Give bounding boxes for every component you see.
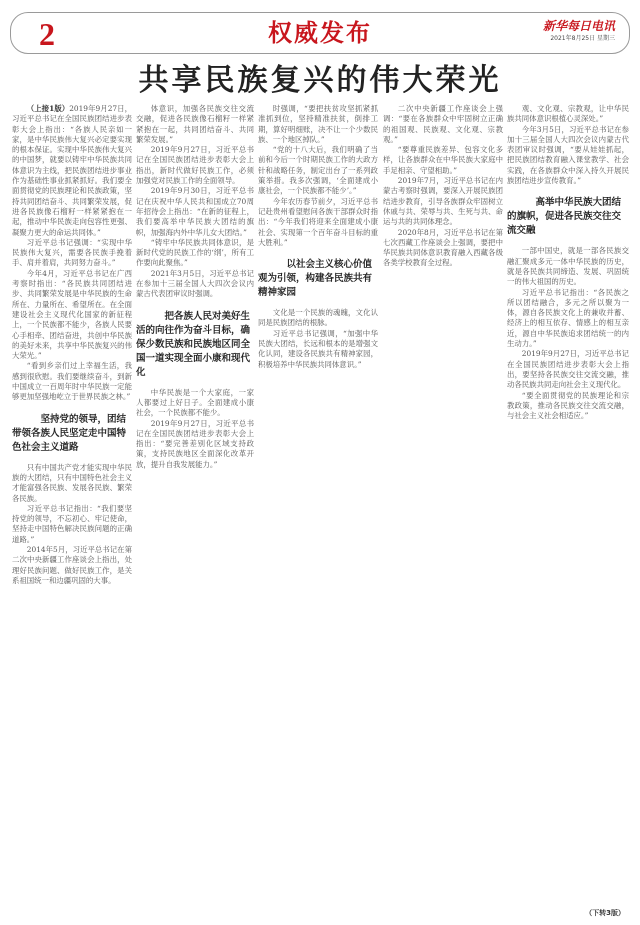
paragraph: 体意识，加强各民族交往交流交融，促进各民族像石榴籽一样紧紧抱在一起，共同团结奋斗… [136,104,254,145]
paragraph: 2019年9月30日，习近平总书记在庆祝中华人民共和国成立70周年招待会上指出：… [136,186,254,237]
newspaper-logo: 新华每日电讯 [543,18,615,34]
continued-on-note: （下转3版） [585,908,625,918]
paragraph: “看到乡亲们过上幸福生活，我感到很欣慰。我们要继续奋斗，到新中国成立一百周年时中… [12,361,132,402]
column-3: 时强调，“要把扶贫攻坚抓紧抓准抓到位，坚持精准扶贫，倒排工期，算好明细账，决不让… [258,104,378,922]
paragraph: 习近平总书记指出：“各民族之所以团结融合，多元之所以聚为一体，源自各民族文化上的… [507,288,629,350]
subheading-3: 以社会主义核心价值观为引领，构建各民族共有精神家园 [258,258,378,300]
lead-text: 2019年9月27日，习近平总书记在全国民族团结进步表彰大会上指出：“各族人民亲… [12,104,132,237]
subheading-1: 坚持党的领导，团结带领各族人民坚定走中国特色社会主义道路 [12,413,132,455]
column-1: （上接1版）2019年9月27日，习近平总书记在全国民族团结进步表彰大会上指出：… [12,104,132,922]
masthead: 2 权威发布 新华每日电讯 2021年8月25日 星期三 [10,12,630,54]
paragraph: 习近平总书记指出：“我们要坚持党的领导，不忘初心、牢记使命，坚持走中国特色解决民… [12,504,132,545]
paragraph: 一部中国史，就是一部各民族交融汇聚成多元一体中华民族的历史，就是各民族共同缔造、… [507,246,629,287]
section-title: 权威发布 [11,18,629,48]
paragraph: 中华民族是一个大家庭，一家人都要过上好日子。全面建成小康社会，一个民族都不能少。 [136,388,254,419]
paragraph: “要全面贯彻党的民族理论和宗教政策，推动各民族交往交流交融，与社会主义社会相适应… [507,391,629,422]
brand-block: 新华每日电讯 2021年8月25日 星期三 [543,18,615,44]
paragraph: 文化是一个民族的魂魄，文化认同是民族团结的根脉。 [258,308,378,329]
subheading-2: 把各族人民对美好生活的向往作为奋斗目标，确保少数民族和民族地区同全国一道实现全面… [136,310,254,380]
column-5: 观、文化观、宗教观，让中华民族共同体意识根植心灵深处。” 今年3月5日，习近平总… [507,104,629,922]
article-body: （上接1版）2019年9月27日，习近平总书记在全国民族团结进步表彰大会上指出：… [12,104,630,922]
paragraph: 二次中央新疆工作座谈会上强调：“要在各族群众中牢固树立正确的祖国观、民族观、文化… [383,104,503,145]
paragraph: 习近平总书记强调，“加强中华民族大团结，长远和根本的是增强文化认同，建设各民族共… [258,329,378,370]
paragraph: 习近平总书记强调：“实现中华民族伟大复兴，需要各民族手挽着手、肩并着肩，共同努力… [12,238,132,269]
paragraph: 时强调，“要把扶贫攻坚抓紧抓准抓到位，坚持精准扶贫，倒排工期，算好明细账，决不让… [258,104,378,145]
paragraph: 今年农历春节前夕，习近平总书记赴贵州看望慰问各族干部群众时指出：“今年我们将迎来… [258,197,378,248]
paragraph: “党的十八大后，我们明确了当前和今后一个时期民族工作的大政方针和战略任务，制定出… [258,145,378,196]
paragraph: 今年4月，习近平总书记在广西考察时指出：“各民族共同团结进步、共同繁荣发展是中华… [12,269,132,362]
paragraph: 2019年9月27日，习近平总书记在全国民族团结进步表彰大会上指出：“要完善差别… [136,419,254,470]
lead-paragraph: （上接1版）2019年9月27日，习近平总书记在全国民族团结进步表彰大会上指出：… [12,104,132,238]
paragraph: 2019年9月27日，习近平总书记在全国民族团结进步表彰大会上指出，要坚持各民族… [507,349,629,390]
column-2: 体意识，加强各民族交往交流交融，促进各民族像石榴籽一样紧紧抱在一起，共同团结奋斗… [136,104,254,922]
article-headline: 共享民族复兴的伟大荣光 [0,63,640,99]
paragraph: 2014年5月，习近平总书记在第二次中央新疆工作座谈会上指出，处理好民族问题、做… [12,545,132,586]
paragraph: 2020年8月，习近平总书记在第七次西藏工作座谈会上强调，要把中华民族共同体意识… [383,228,503,269]
continued-from-tag: （上接1版） [27,104,69,113]
paragraph: 今年3月5日，习近平总书记在参加十三届全国人大四次会议内蒙古代表团审议时强调，“… [507,125,629,187]
paragraph: 2019年9月27日，习近平总书记在全国民族团结进步表彰大会上指出，新时代做好民… [136,145,254,186]
paragraph: 2019年7月，习近平总书记在内蒙古考察时强调，要深入开展民族团结进步教育，引导… [383,176,503,227]
subheading-4: 高举中华民族大团结的旗帜，促进各民族交往交流交融 [507,196,629,238]
paragraph: 2021年3月5日，习近平总书记在参加十三届全国人大四次会议内蒙古代表团审议时强… [136,269,254,300]
paragraph: 观、文化观、宗教观，让中华民族共同体意识根植心灵深处。” [507,104,629,125]
paragraph: “铸牢中华民族共同体意识，是新时代党的民族工作的‘纲’，所有工作要向此聚焦。” [136,238,254,269]
column-4: 二次中央新疆工作座谈会上强调：“要在各族群众中牢固树立正确的祖国观、民族观、文化… [383,104,503,922]
paragraph: “要尊重民族差异、包容文化多样，让各族群众在中华民族大家庭中手足相亲、守望相助。… [383,145,503,176]
paragraph: 只有中国共产党才能实现中华民族的大团结，只有中国特色社会主义才能富强各民族、发展… [12,463,132,504]
issue-date: 2021年8月25日 星期三 [543,34,615,44]
